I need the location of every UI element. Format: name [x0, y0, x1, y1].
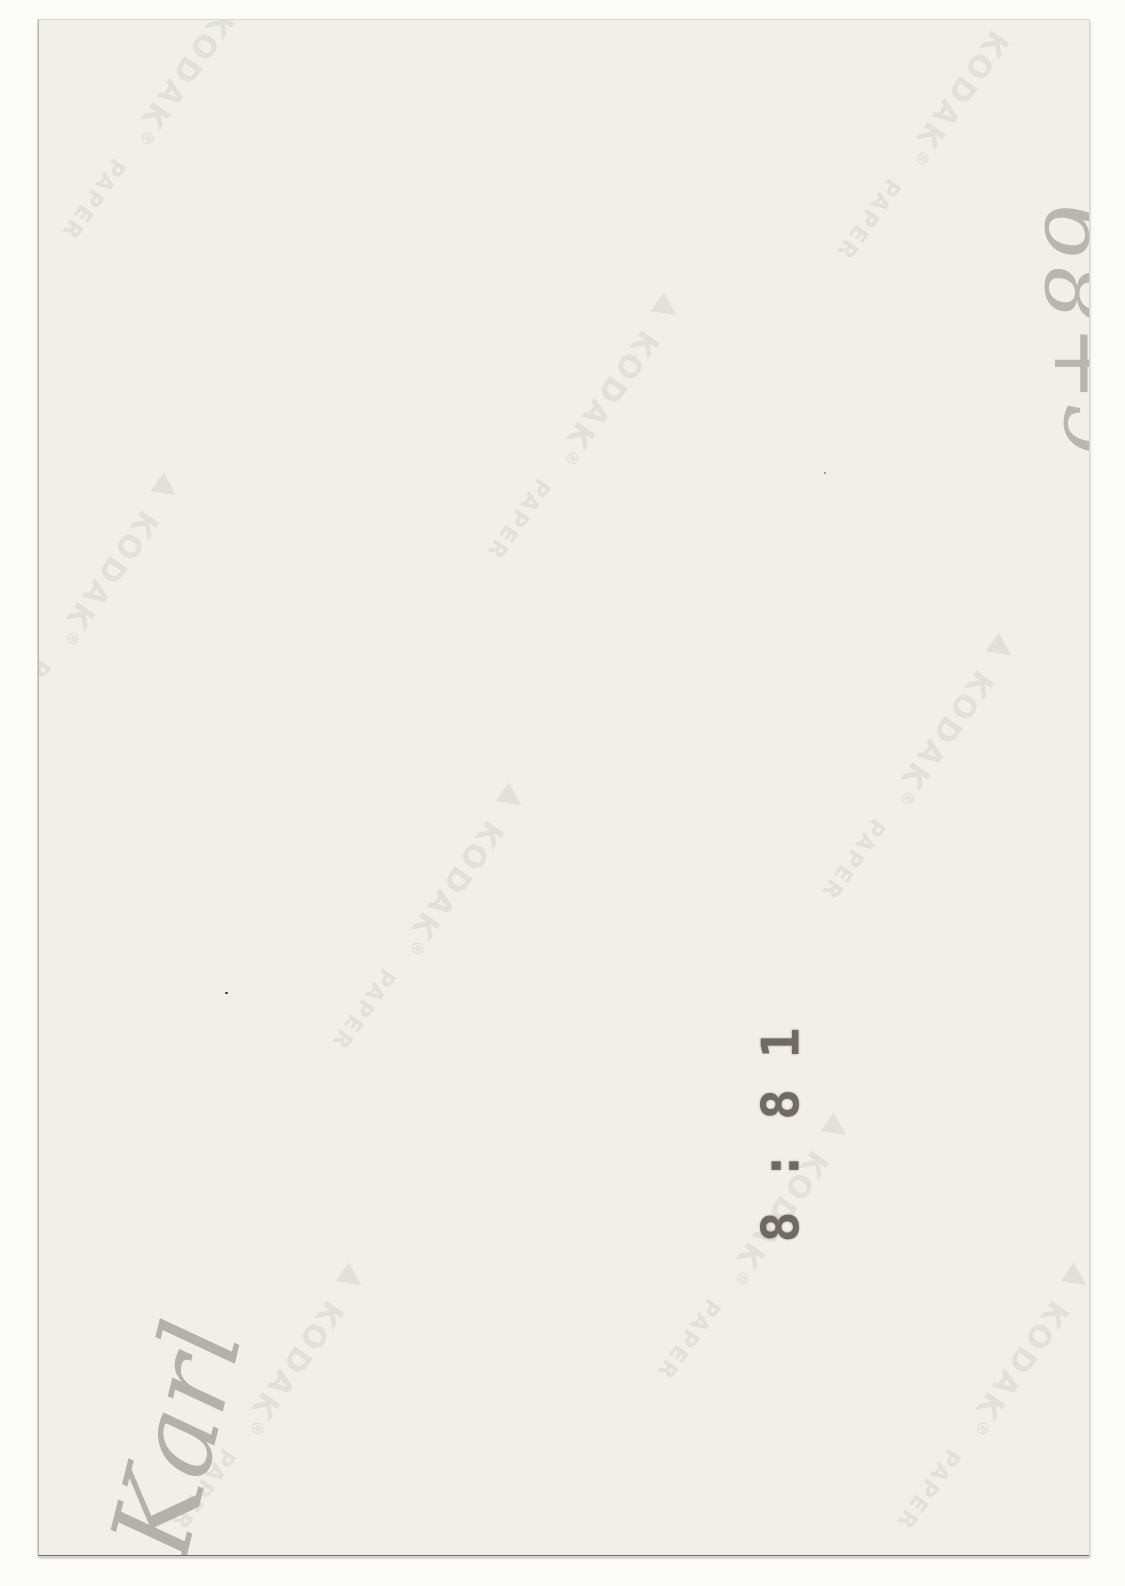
- triangle-icon: ▲: [645, 290, 689, 332]
- watermark-brand: KODAK: [57, 504, 165, 638]
- paper-speck: [824, 472, 826, 474]
- watermark-brand: KODAK: [557, 324, 665, 458]
- stamped-number: 8:81: [752, 997, 812, 1242]
- triangle-icon: ▲: [490, 780, 534, 822]
- kodak-paper-watermark: ▲ KODAK® PAPER: [479, 290, 689, 570]
- photo-print-back: ▲ KODAK® PAPER ▲ KODAK® PAPER ▲ KODAK® P…: [38, 20, 1089, 1556]
- kodak-paper-watermark: ▲ KODAK® PAPER: [324, 780, 534, 1060]
- triangle-icon: ▲: [995, 20, 1039, 32]
- kodak-paper-watermark: ▲ KODAK® PAPER: [38, 470, 189, 750]
- watermark-product: PAPER: [480, 474, 555, 566]
- watermark-product: PAPER: [890, 1444, 965, 1536]
- kodak-paper-watermark: ▲ KODAK® PAPER: [829, 20, 1039, 270]
- handwritten-signature: Karl: [86, 1309, 267, 1556]
- watermark-brand: KODAK: [402, 814, 510, 948]
- triangle-icon: ▲: [1055, 1260, 1089, 1302]
- watermark-product: PAPER: [830, 174, 905, 266]
- watermark-product: PAPER: [325, 964, 400, 1056]
- watermark-brand: KODAK: [132, 20, 240, 138]
- kodak-paper-watermark: ▲ KODAK® PAPER: [54, 20, 264, 250]
- kodak-paper-watermark: ▲ KODAK® PAPER: [889, 1260, 1089, 1540]
- triangle-icon: ▲: [330, 1260, 374, 1302]
- watermark-product: PAPER: [815, 814, 890, 906]
- triangle-icon: ▲: [145, 470, 189, 512]
- watermark-brand: KODAK: [967, 1294, 1075, 1428]
- watermark-product: PAPER: [55, 154, 130, 246]
- paper-speck: [225, 992, 228, 994]
- triangle-icon: ▲: [815, 1110, 859, 1152]
- watermark-brand: KODAK: [907, 24, 1015, 158]
- watermark-product: PAPER: [650, 1294, 725, 1386]
- handwritten-note: c+89: [1027, 202, 1089, 456]
- triangle-icon: ▲: [980, 630, 1024, 672]
- kodak-paper-watermark: ▲ KODAK® PAPER: [814, 630, 1024, 910]
- watermark-product: PAPER: [38, 654, 55, 746]
- watermark-brand: KODAK: [892, 664, 1000, 798]
